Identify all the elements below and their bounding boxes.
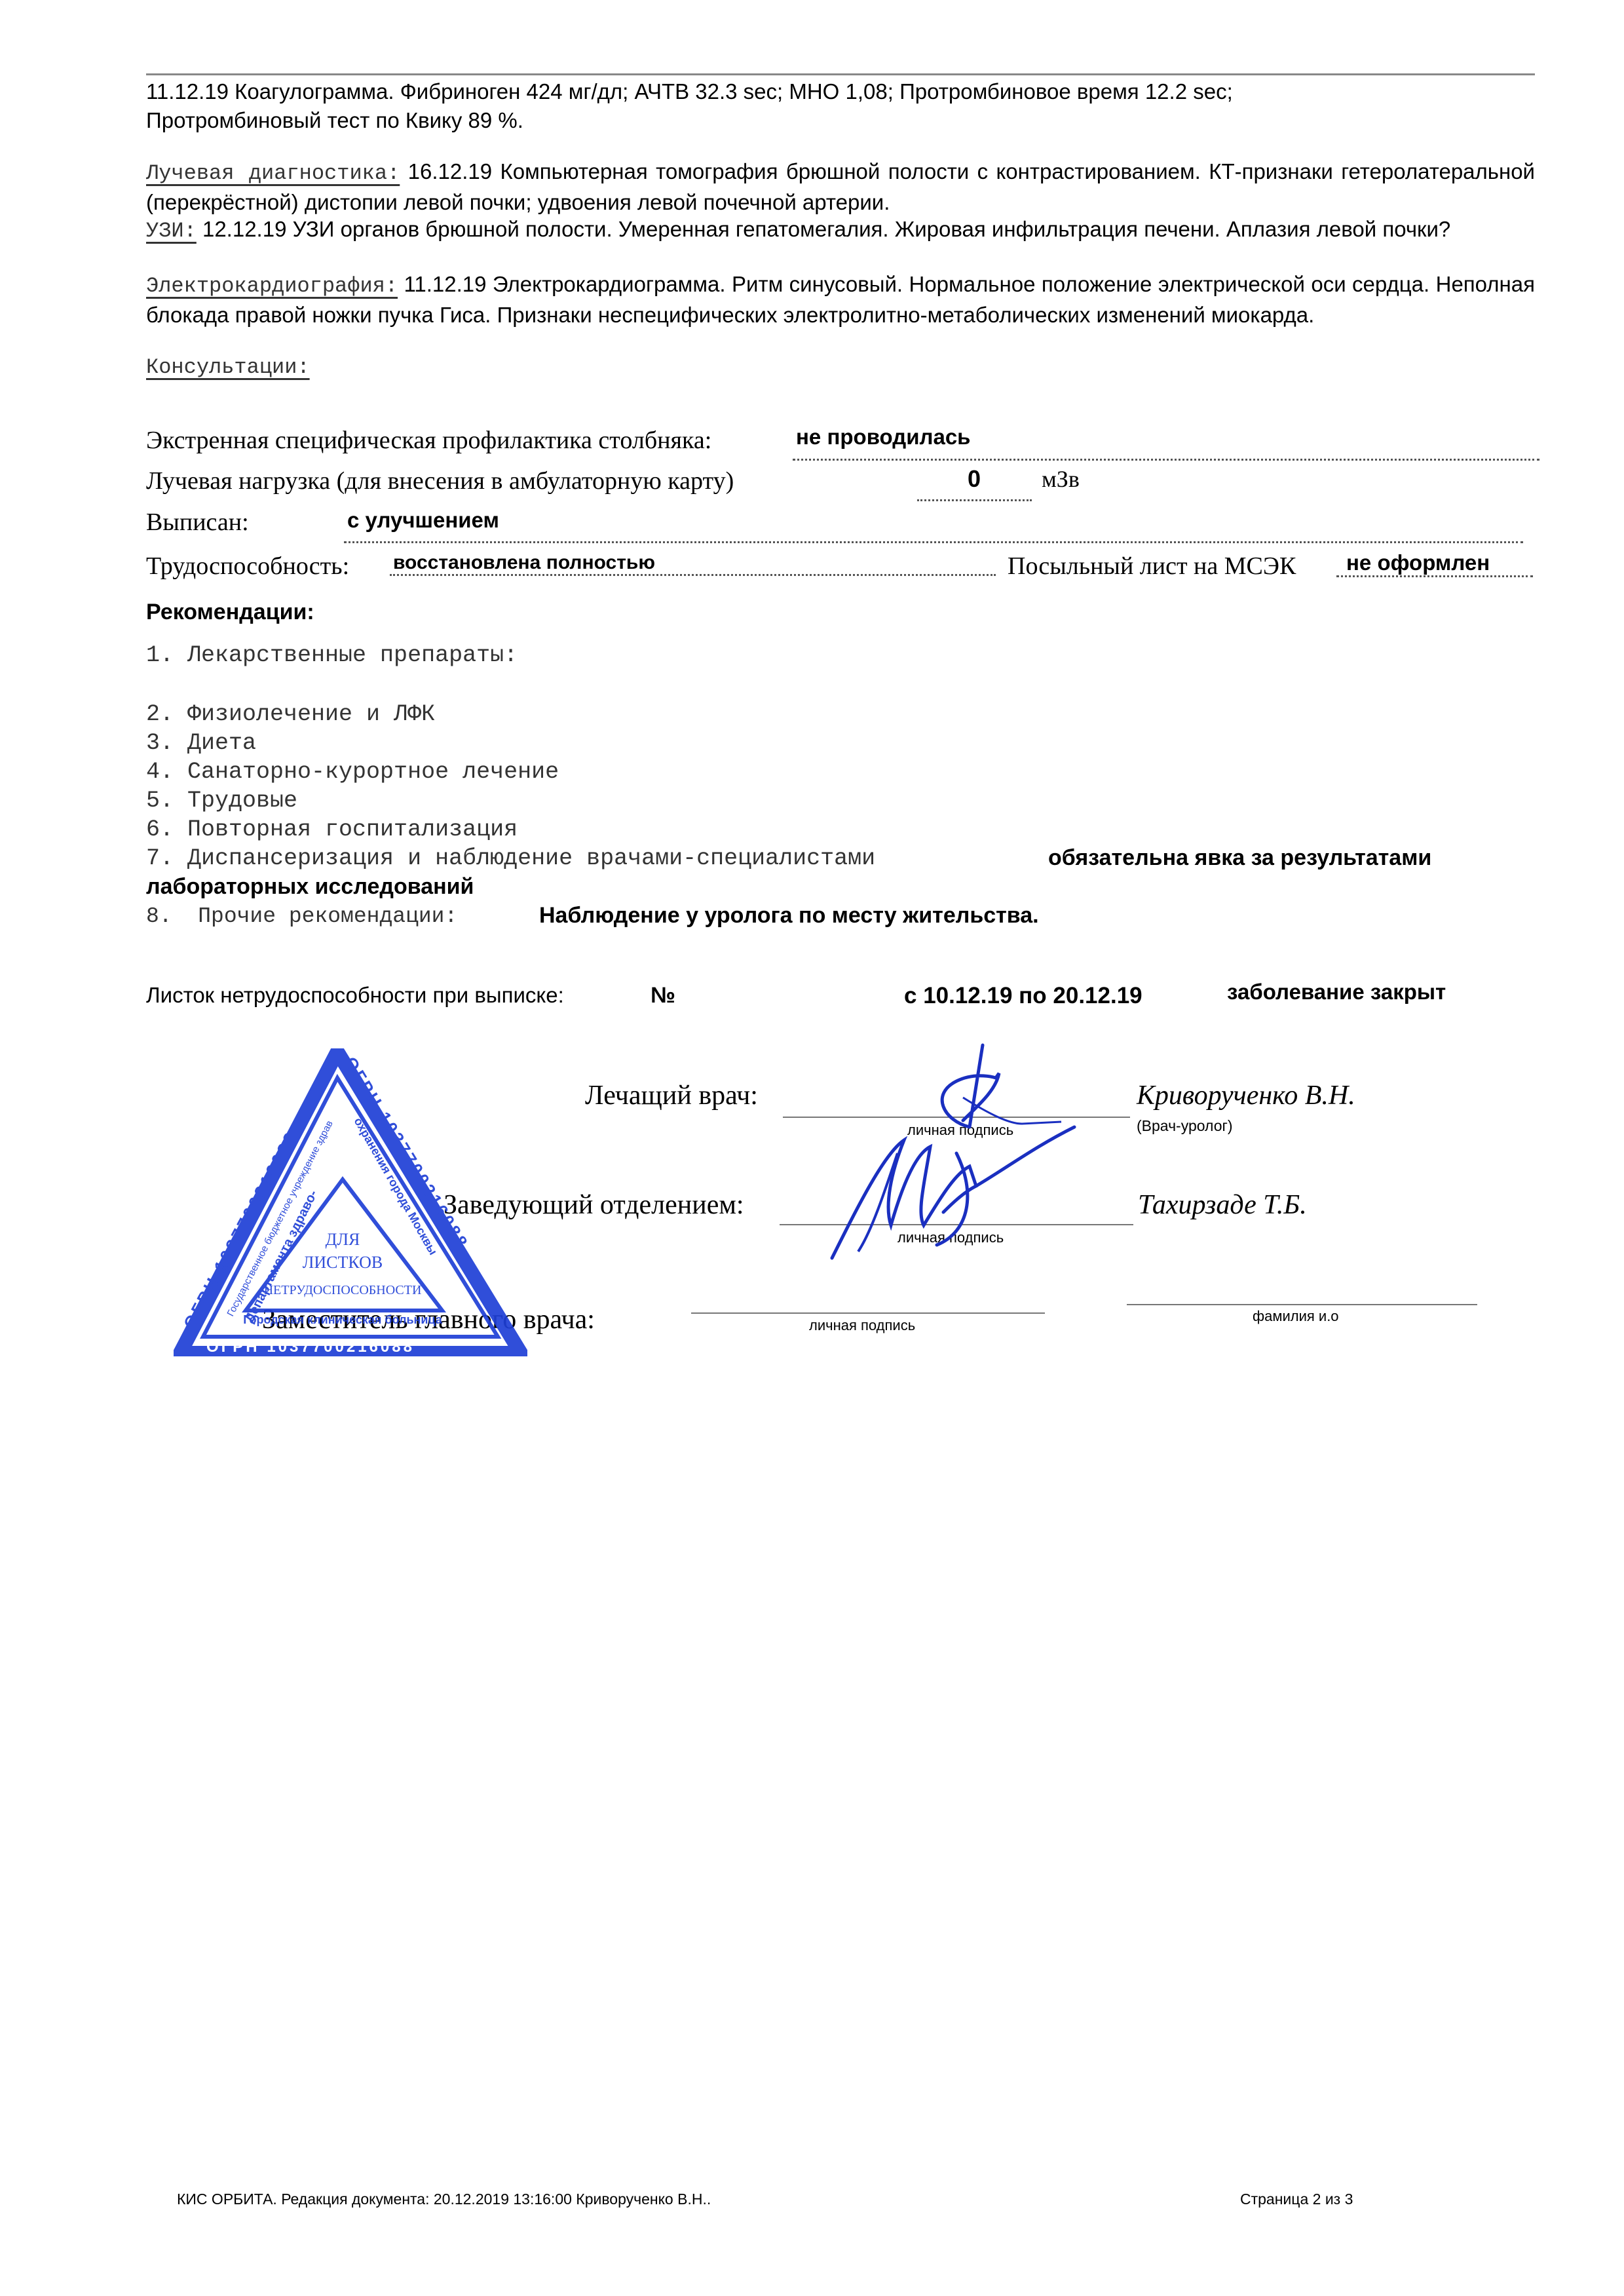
- recommendation-item: 4. Санаторно-курортное лечение: [146, 759, 559, 785]
- deputy-name-line: [1127, 1304, 1477, 1305]
- svg-text:ОГРН 1037700216088: ОГРН 1037700216088: [206, 1338, 415, 1356]
- footer-page-number: Страница 2 из 3: [1240, 2191, 1353, 2208]
- msek-underline: [1336, 575, 1533, 577]
- head-of-department-name: Тахирзаде Т.Б.: [1138, 1189, 1307, 1221]
- triangle-stamp-icon: ОГРН 1037700216088 ОГРН 1037700216088 ОГ…: [174, 1048, 527, 1356]
- radiation-label: Лучевая нагрузка (для внесения в амбулат…: [146, 467, 734, 495]
- ultrasound-block: УЗИ: 12.12.19 УЗИ органов брюшной полост…: [146, 215, 1535, 246]
- attending-doctor-name: Криворученко В.Н.: [1137, 1080, 1355, 1111]
- discharged-underline: [344, 541, 1523, 543]
- deputy-signature-line: [691, 1312, 1045, 1314]
- msek-label: Посыльный лист на МСЭК: [1008, 552, 1296, 581]
- item7-value-line1: обязательна явка за результатами: [1048, 845, 1431, 871]
- radiation-unit: мЗв: [1042, 465, 1080, 493]
- ultrasound-text: 12.12.19 УЗИ органов брюшной полости. Ум…: [197, 217, 1450, 241]
- ultrasound-label: УЗИ:: [146, 219, 197, 243]
- tetanus-label: Экстренная специфическая профилактика ст…: [146, 426, 711, 455]
- msek-value: не оформлен: [1346, 550, 1490, 575]
- ecg-label: Электрокардиография:: [146, 274, 398, 298]
- deputy-name-caption: фамилия и.о: [1253, 1308, 1339, 1325]
- recommendation-item: 1. Лекарственные препараты:: [146, 642, 518, 668]
- stamp-outer-text-bottom: ОГРН 1037700216088: [206, 1338, 415, 1356]
- work-capacity-underline: [390, 574, 996, 576]
- head-signature-icon: [819, 1114, 1094, 1265]
- sick-leave-period: с 10.12.19 по 20.12.19: [904, 983, 1142, 1009]
- work-capacity-value: восстановлена полностью: [393, 552, 655, 574]
- radiation-underline: [917, 499, 1032, 501]
- discharged-value: с улучшением: [347, 508, 499, 533]
- recommendation-item: 5. Трудовые: [146, 788, 297, 814]
- radiology-block: Лучевая диагностика: 16.12.19 Компьютерн…: [146, 157, 1535, 217]
- svg-text:ОГРН 1037700216088: ОГРН 1037700216088: [341, 1054, 473, 1253]
- sick-leave-number-sign: №: [651, 983, 675, 1008]
- ecg-block: Электрокардиография: 11.12.19 Электрокар…: [146, 270, 1535, 330]
- attending-doctor-role: (Врач-уролог): [1137, 1117, 1233, 1135]
- sick-leave-status: заболевание закрыт: [1227, 980, 1446, 1004]
- recommendation-item: 6. Повторная госпитализация: [146, 816, 518, 843]
- coagulogram-line-1: 11.12.19 Коагулограмма. Фибриноген 424 м…: [146, 77, 1535, 106]
- tetanus-underline: [793, 459, 1539, 461]
- item8-value: Наблюдение у уролога по месту жительства…: [539, 903, 1039, 928]
- stamp-center-line-2: ЛИСТКОВ: [303, 1253, 383, 1272]
- item7-value-line2: лабораторных исследований: [146, 874, 474, 900]
- deputy-signature-caption: личная подпись: [809, 1317, 915, 1334]
- radiation-value: 0: [968, 465, 981, 493]
- recommendation-item: 3. Диета: [146, 730, 256, 756]
- work-capacity-label: Трудоспособность:: [146, 552, 349, 581]
- recommendation-item: 7. Диспансеризация и наблюдение врачами-…: [146, 845, 875, 871]
- recommendation-item: 2. Физиолечение и ЛФК: [146, 701, 435, 727]
- sick-leave-label: Листок нетрудоспособности при выписке:: [146, 983, 564, 1008]
- stamp-bottom-text: Городская клиническая больница: [243, 1313, 443, 1326]
- tetanus-value: не проводилась: [796, 425, 970, 450]
- attending-doctor-label: Лечащий врач:: [585, 1080, 758, 1111]
- radiology-label: Лучевая диагностика:: [146, 161, 400, 185]
- top-rule: [146, 73, 1535, 75]
- coagulogram-line-2: Протромбиновый тест по Квику 89 %.: [146, 106, 1535, 135]
- recommendation-item-8: 8. Прочие рекомендации:: [146, 904, 457, 928]
- stamp-center-line-3: НЕТРУДОСПОСОБНОСТИ: [264, 1283, 422, 1297]
- stamp-outer-text-right: ОГРН 1037700216088: [341, 1054, 473, 1253]
- footer-document-info: КИС ОРБИТА. Редакция документа: 20.12.20…: [177, 2191, 711, 2208]
- consultations-label: Консультации:: [146, 355, 310, 379]
- stamp-center-line-1: ДЛЯ: [326, 1230, 360, 1249]
- discharged-label: Выписан:: [146, 508, 249, 537]
- recommendations-title: Рекомендации:: [146, 600, 314, 625]
